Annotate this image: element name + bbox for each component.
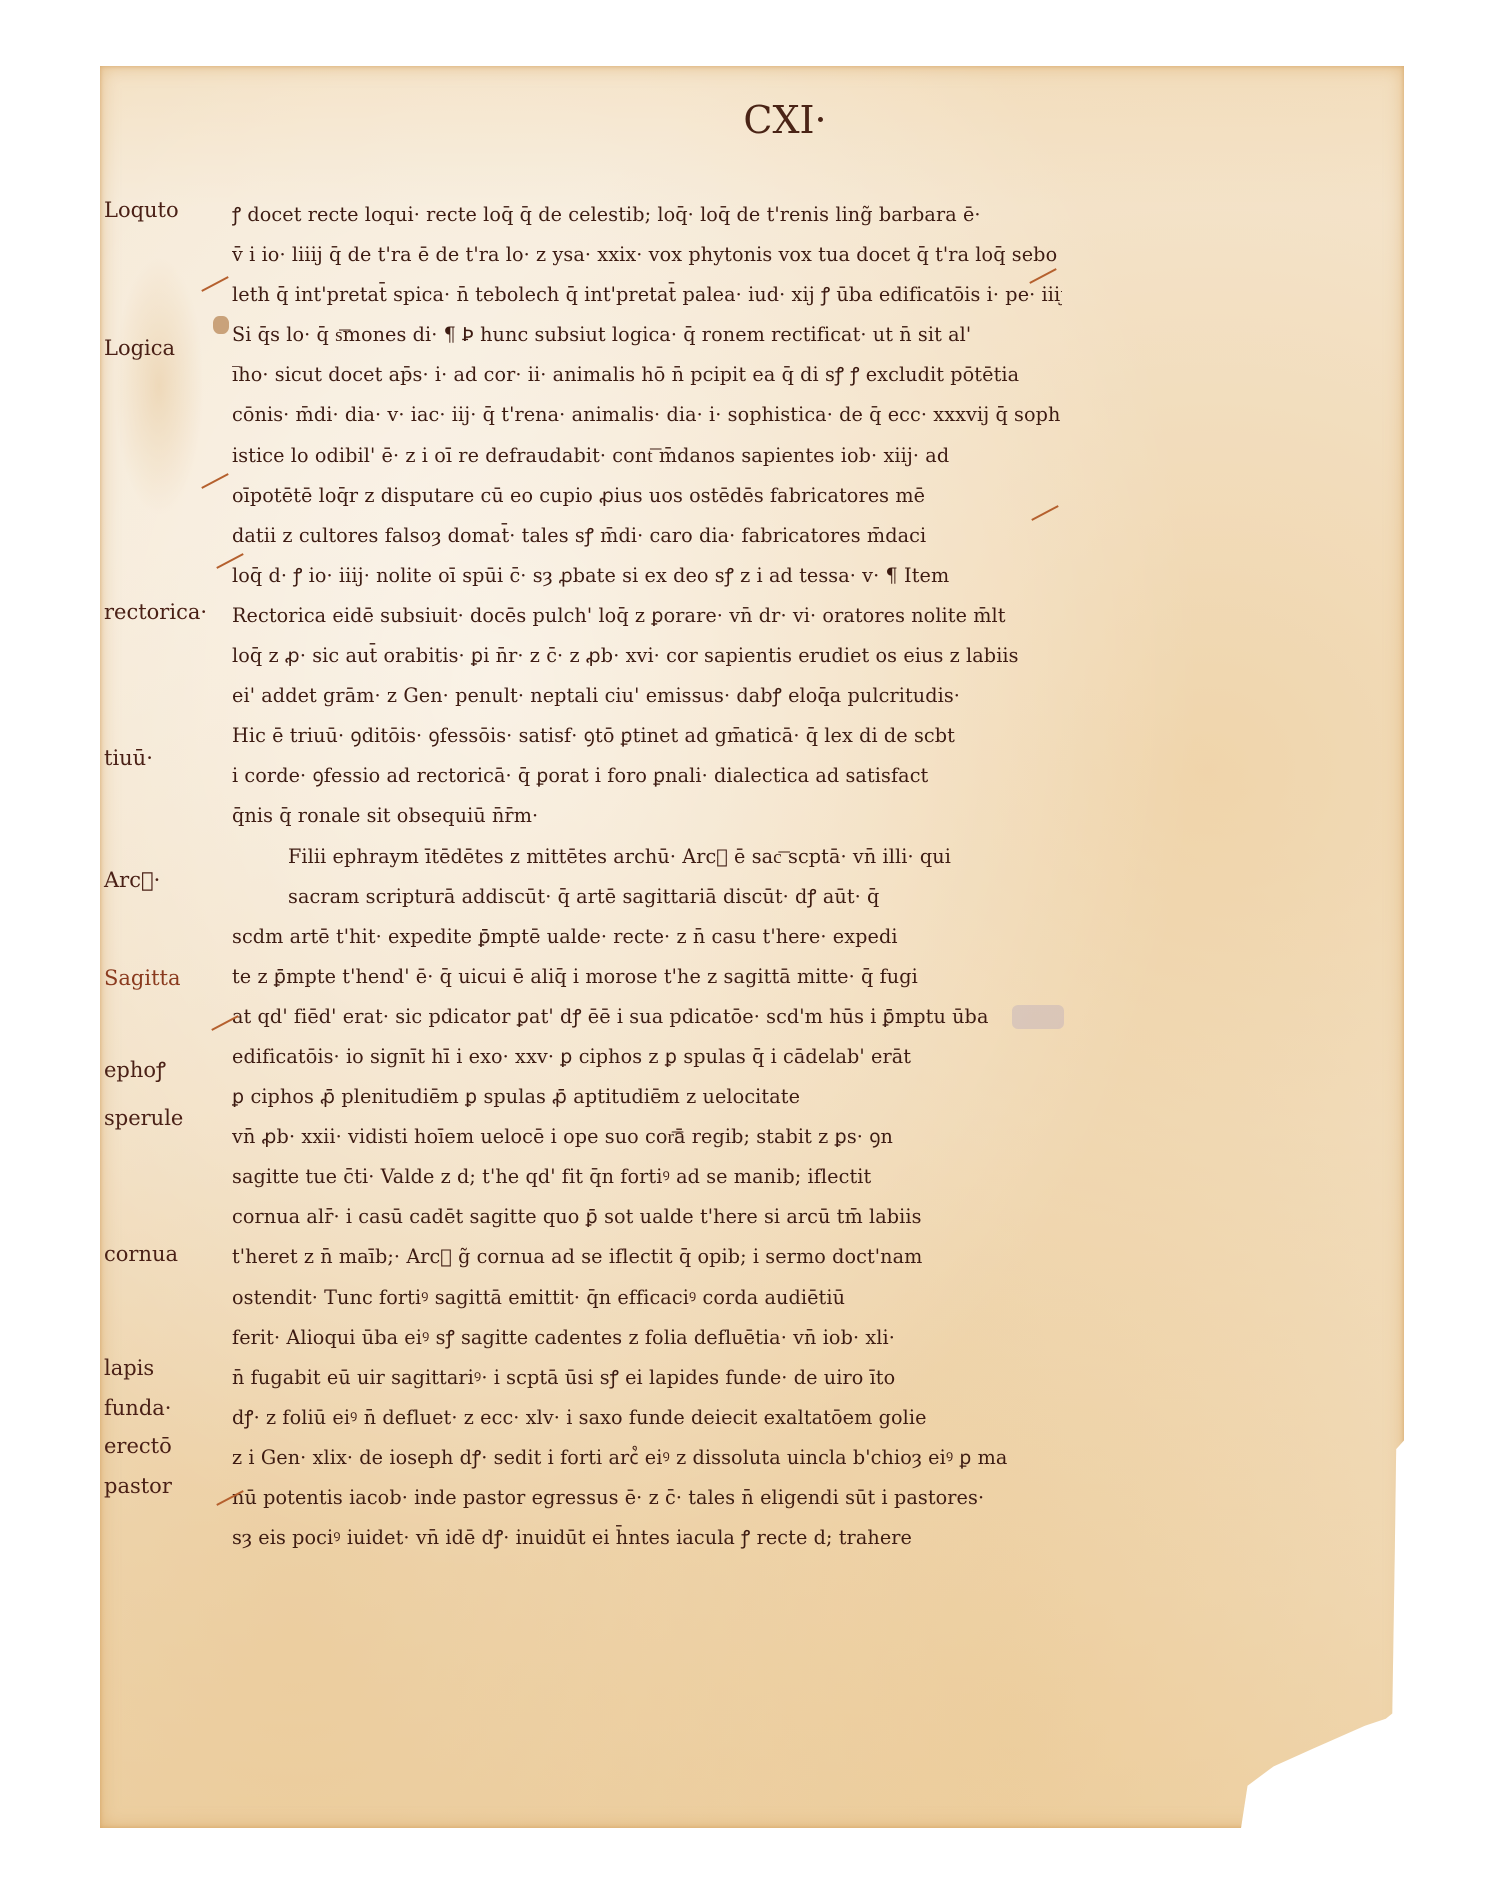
margin-gloss: pastor (104, 1476, 172, 1497)
text-line: ei' addet grām· z Gen· penult· neptali c… (232, 676, 1062, 716)
text-line: i̅ho· sicut docet ap̄s· i· ad cor· ii· a… (232, 355, 1062, 395)
text-line: v̄ i io· liiij q̄ de t'ra ē de t'ra lo· … (232, 235, 1062, 275)
text-line: Rectorica eidē subsiuit· docēs pulch' lo… (232, 596, 1062, 636)
margin-gloss: erectō (104, 1436, 172, 1457)
text-line: n̄ fugabit eū uir sagittariꝰ· i scptā ūs… (232, 1358, 1062, 1398)
text-line: vn̄ ꝓb· xxii· vidisti hoīem uelocē i ope… (232, 1117, 1062, 1157)
text-line: loq̄ z ꝓ· sic aut̄ orabitis· ꝑi n̄r· z c… (232, 636, 1062, 676)
text-line: scdm artē t'hit· expedite ꝑ̄mptē ualde· … (232, 917, 1062, 957)
ink-blot (213, 316, 229, 334)
text-line: at qd' fiēd' erat· sic pdicator ꝑat' dꝭ … (232, 997, 1062, 1037)
margin-gloss: cornua (104, 1244, 178, 1265)
text-line: loq̄ d· ꝭ io· iiij· nolite oī spūi c̄· s… (232, 556, 1062, 596)
text-line: istice lo odibil' ē· z i oī re defraudab… (232, 436, 1062, 476)
text-line: oīpotētē loq̄r z disputare cū eo cupio ꝓ… (232, 476, 1062, 516)
folio-number: CXI· (0, 98, 1500, 142)
margin-gloss: Sagitta (104, 968, 180, 989)
text-line: cōnis· m̄di· dia· v· iac· iij· q̄ t'rena… (232, 395, 1062, 435)
margin-gloss: sperule (104, 1108, 183, 1129)
margin-gloss: Arc᷒· (104, 870, 160, 891)
text-line: te z ꝑ̄mpte t'hend' ē· q̄ uicui ē aliq̄ … (232, 957, 1062, 997)
text-line: z i Gen· xlix· de ioseph dꝭ· sedit i for… (232, 1438, 1062, 1478)
text-line: t'heret z n̄ maīb;· Arc᷒ g̃ cornua ad se… (232, 1237, 1062, 1277)
text-line: q̄nis q̄ ronale sit obsequiū n̄r̄m· (232, 796, 1062, 836)
margin-gloss: rectorica· (104, 602, 207, 623)
text-line: ꝑ ciphos ꝓ̄ plenitudiēm ꝑ spulas ꝓ̄ apti… (232, 1077, 1062, 1117)
text-line: cornua alr̄· i casū cadēt sagitte quo ꝑ̄… (232, 1197, 1062, 1237)
text-line: dꝭ· z foliū eiꝰ n̄ defluet· z ecc· xlv· … (232, 1398, 1062, 1438)
text-line: i corde· ꝯfessio ad rectoricā· q̄ ꝑorat … (232, 756, 1062, 796)
text-line: sȝ eis pociꝰ iuidet· vn̄ idē dꝭ· inuidūt… (232, 1518, 1062, 1558)
text-line: edificatōis· io signīt hī i exo· xxv· ꝑ … (232, 1037, 1062, 1077)
main-text-column: ꝭ docet recte loqui· recte loq̄ q̄ de ce… (232, 195, 1062, 1558)
text-line: ꝭ docet recte loqui· recte loq̄ q̄ de ce… (232, 195, 1062, 235)
margin-gloss: Logica (104, 338, 175, 359)
text-line: leth q̄ int'pretat̄ spica· n̄ tebolech q… (232, 275, 1062, 315)
margin-gloss: tiuū· (104, 748, 153, 769)
text-line: sagitte tue c̄ti· Valde z d; t'he qd' fi… (232, 1157, 1062, 1197)
margin-gloss: lapis (104, 1358, 154, 1379)
text-line: datii z cultores falsoȝ domat̄· tales sꝭ… (232, 516, 1062, 556)
margin-gloss: Loquto (104, 200, 179, 221)
text-line: ferit· Alioqui ūba eiꝰ sꝭ sagitte cadent… (232, 1318, 1062, 1358)
faded-correction (1012, 1005, 1064, 1029)
water-stain (114, 256, 204, 516)
text-line: ostendit· Tunc fortiꝰ sagittā emittit· q… (232, 1278, 1062, 1318)
text-line: nū potentis iacob· inde pastor egressus … (232, 1478, 1062, 1518)
text-line: Filii ephraym ītēdētes z mittētes archū·… (232, 837, 1062, 877)
text-line: sacram scripturā addiscūt· q̄ artē sagit… (232, 877, 1062, 917)
margin-gloss: funda· (104, 1398, 171, 1419)
margin-gloss: ephoꝭ (104, 1060, 166, 1081)
text-line: Hic ē triuū· ꝯditōis· ꝯfessōis· satisf· … (232, 716, 1062, 756)
text-line: Si q̄s lo· q̄ s͞mones di· ¶ Ꝧ hunc subsi… (232, 315, 1062, 355)
